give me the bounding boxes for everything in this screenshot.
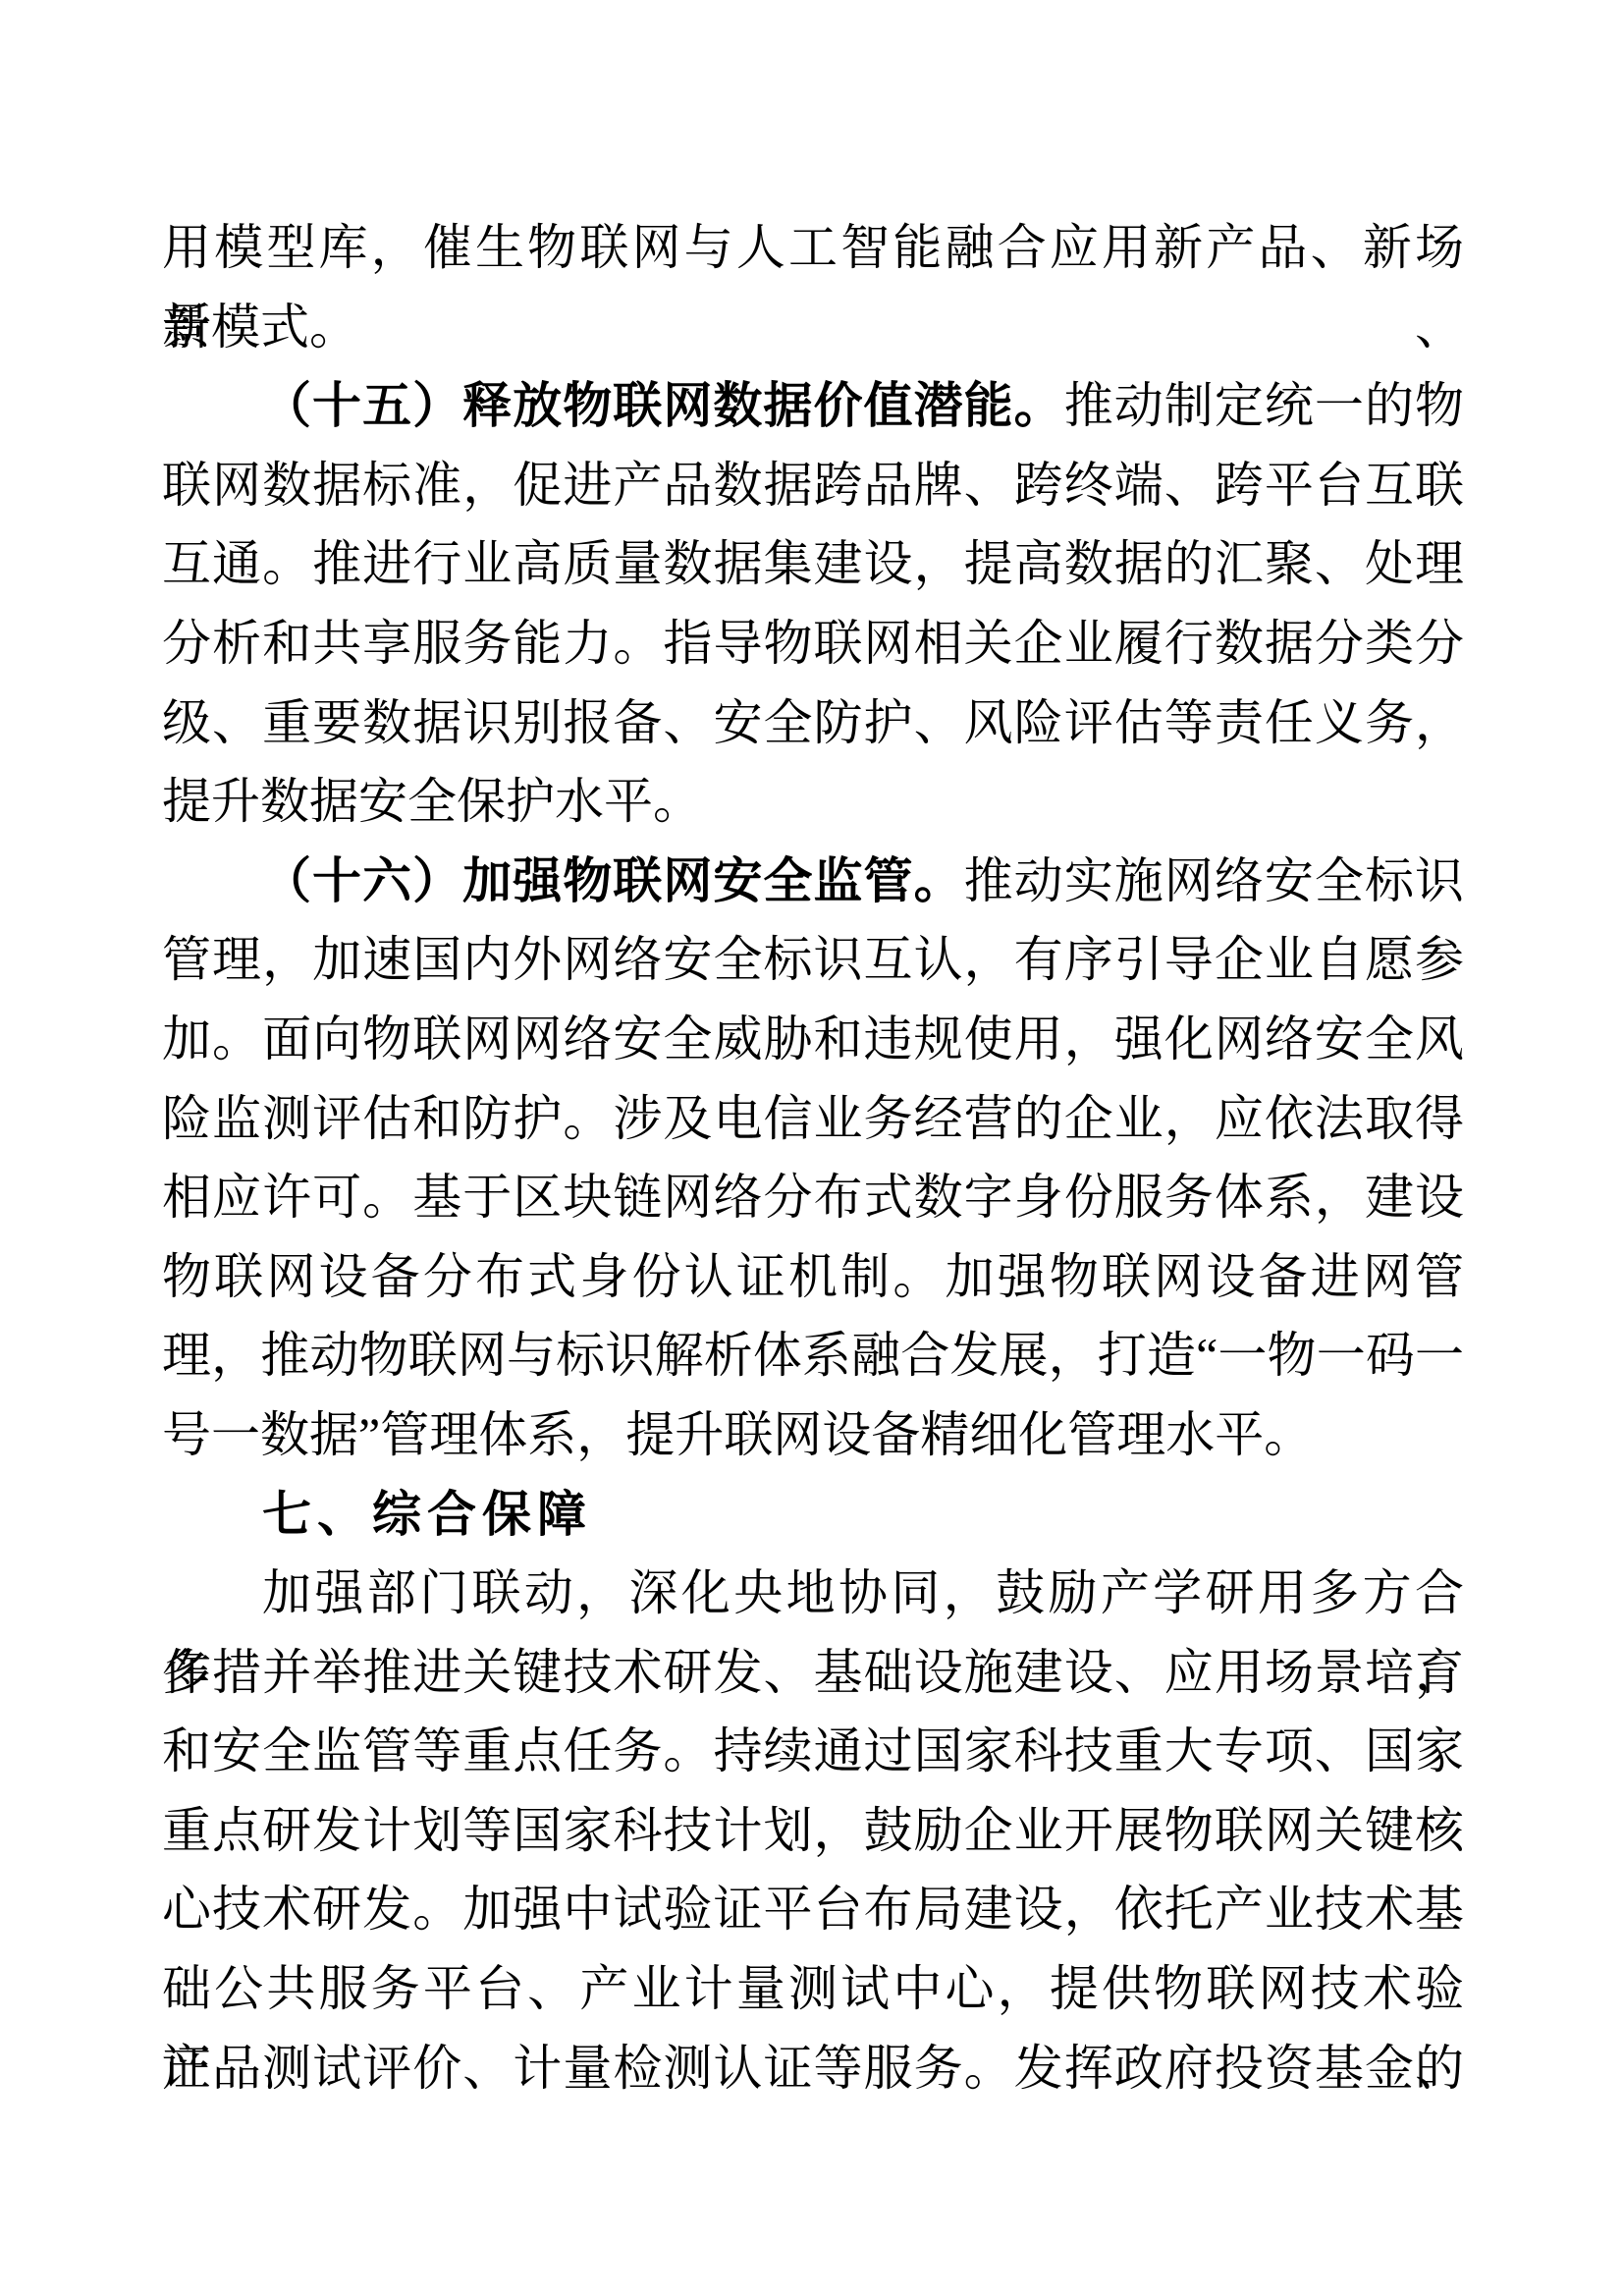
body-text: 提升数据安全保护水平。 xyxy=(162,774,702,829)
document-page: 用模型库，催生物联网与人工智能融合应用新产品、新场景、新模式。（十五）释放物联网… xyxy=(0,0,1623,2296)
text-line: 七、综合保障 xyxy=(162,1475,1464,1555)
body-text: 和安全监管等重点任务。持续通过国家科技重大专项、国家 xyxy=(162,1723,1464,1778)
body-text: 级、重要数据识别报备、安全防护、风险评估等责任义务， xyxy=(162,695,1464,750)
item-heading-text: （十五）释放物联网数据价值潜能。 xyxy=(262,378,1064,433)
text-line: （十六）加强物联网安全监管。推动实施网络安全标识 xyxy=(162,842,1464,921)
text-line: 提升数据安全保护水平。 xyxy=(162,762,1464,842)
text-line: 产品测试评价、计量检测认证等服务。发挥政府投资基金的 xyxy=(162,2029,1464,2108)
section-heading: 七、综合保障 xyxy=(262,1487,592,1542)
item-heading-text: （十六）加强物联网安全监管。 xyxy=(262,853,964,908)
text-line: 级、重要数据识别报备、安全防护、风险评估等责任义务， xyxy=(162,683,1464,763)
text-line: 础公共服务平台、产业计量测试中心，提供物联网技术验证、 xyxy=(162,1949,1464,2029)
text-line: 加强部门联动，深化央地协同，鼓励产学研用多方合作， xyxy=(162,1554,1464,1633)
body-text: 联网数据标准，促进产品数据跨品牌、跨终端、跨平台互联 xyxy=(162,458,1464,513)
text-line: 多措并举推进关键技术研发、基础设施建设、应用场景培育 xyxy=(162,1633,1464,1713)
text-line: 心技术研发。加强中试验证平台布局建设，依托产业技术基 xyxy=(162,1870,1464,1949)
body-text: 加。面向物联网网络安全威胁和违规使用，强化网络安全风 xyxy=(162,1011,1464,1066)
text-line: （十五）释放物联网数据价值潜能。推动制定统一的物 xyxy=(162,366,1464,446)
body-text: 管理，加速国内外网络安全标识互认，有序引导企业自愿参 xyxy=(162,932,1464,987)
body-text: 新模式。 xyxy=(162,300,358,355)
body-text: 险监测评估和防护。涉及电信业务经营的企业，应依法取得 xyxy=(162,1091,1464,1146)
text-line: 险监测评估和防护。涉及电信业务经营的企业，应依法取得 xyxy=(162,1079,1464,1159)
text-line: 分析和共享服务能力。指导物联网相关企业履行数据分类分 xyxy=(162,604,1464,683)
text-line: 用模型库，催生物联网与人工智能融合应用新产品、新场景、 xyxy=(162,208,1464,288)
text-line: 理，推动物联网与标识解析体系融合发展，打造“一物一码一 xyxy=(162,1316,1464,1395)
document-text-block: 用模型库，催生物联网与人工智能融合应用新产品、新场景、新模式。（十五）释放物联网… xyxy=(162,208,1464,2107)
body-text: 重点研发计划等国家科技计划，鼓励企业开展物联网关键核 xyxy=(162,1803,1464,1858)
body-text: 号一数据”管理体系，提升联网设备精细化管理水平。 xyxy=(162,1407,1313,1462)
body-text: 分析和共享服务能力。指导物联网相关企业履行数据分类分 xyxy=(162,616,1464,671)
body-text: 物联网设备分布式身份认证机制。加强物联网设备进网管 xyxy=(162,1249,1464,1304)
body-text: 推动实施网络安全标识 xyxy=(964,853,1464,908)
body-text: 互通。推进行业高质量数据集建设，提高数据的汇聚、处理 xyxy=(162,536,1464,591)
text-line: 互通。推进行业高质量数据集建设，提高数据的汇聚、处理 xyxy=(162,524,1464,604)
text-line: 重点研发计划等国家科技计划，鼓励企业开展物联网关键核 xyxy=(162,1791,1464,1871)
body-text: 心技术研发。加强中试验证平台布局建设，依托产业技术基 xyxy=(162,1882,1464,1937)
body-text: 理，推动物联网与标识解析体系融合发展，打造“一物一码一 xyxy=(162,1328,1464,1383)
body-text: 多措并举推进关键技术研发、基础设施建设、应用场景培育 xyxy=(162,1645,1464,1700)
text-line: 管理，加速国内外网络安全标识互认，有序引导企业自愿参 xyxy=(162,920,1464,1000)
body-text: 产品测试评价、计量检测认证等服务。发挥政府投资基金的 xyxy=(162,2041,1464,2096)
body-text: 推动制定统一的物 xyxy=(1064,378,1464,433)
text-line: 联网数据标准，促进产品数据跨品牌、跨终端、跨平台互联 xyxy=(162,446,1464,525)
text-line: 和安全监管等重点任务。持续通过国家科技重大专项、国家 xyxy=(162,1712,1464,1791)
text-line: 加。面向物联网网络安全威胁和违规使用，强化网络安全风 xyxy=(162,1000,1464,1079)
body-text: 相应许可。基于区块链网络分布式数字身份服务体系，建设 xyxy=(162,1170,1464,1225)
text-line: 号一数据”管理体系，提升联网设备精细化管理水平。 xyxy=(162,1395,1464,1475)
text-line: 物联网设备分布式身份认证机制。加强物联网设备进网管 xyxy=(162,1237,1464,1317)
text-line: 相应许可。基于区块链网络分布式数字身份服务体系，建设 xyxy=(162,1158,1464,1237)
